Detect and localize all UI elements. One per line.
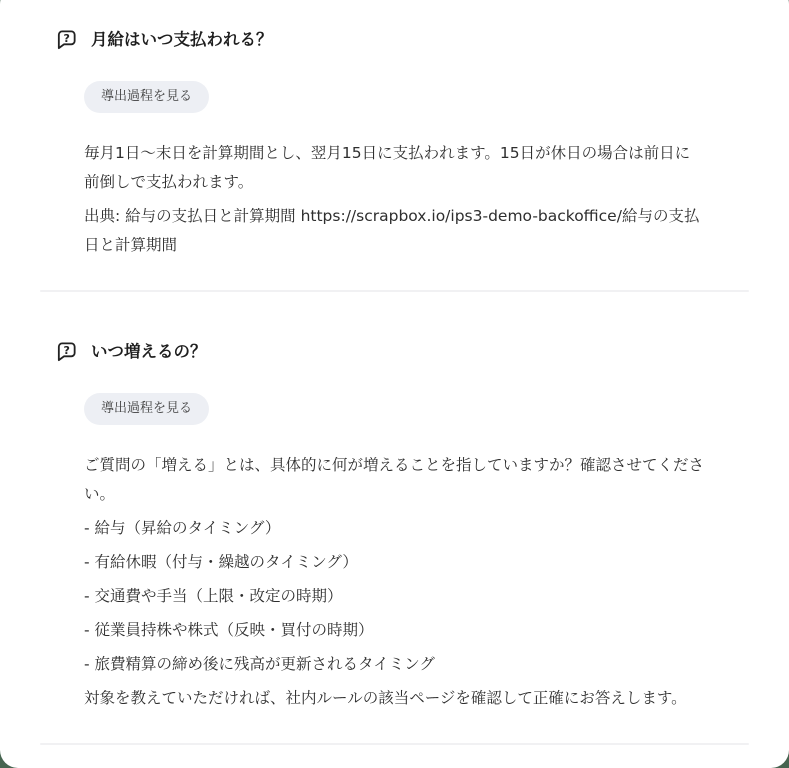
- answer-paragraph: - 有給休暇（付与・繰越のタイミング）: [84, 548, 705, 577]
- answer-paragraph: - 交通費や手当（上限・改定の時期）: [84, 582, 705, 611]
- answer-paragraph: - 給与（昇給のタイミング）: [84, 514, 705, 543]
- question-title: 月給はいつ支払われる？: [91, 28, 273, 51]
- answer-paragraph: - 旅費精算の締め後に残高が更新されるタイミング: [84, 650, 705, 679]
- answer-paragraph: ご質問の「増える」とは、具体的に何が増えることを指していますか？確認させてくださ…: [84, 451, 705, 509]
- question-bubble-icon: ?: [55, 340, 78, 363]
- question-row: ? いつ増えるの？: [55, 340, 749, 363]
- svg-text:?: ?: [63, 32, 69, 45]
- answer-paragraph: - 従業員持株や株式（反映・買付の時期）: [84, 616, 705, 645]
- section-divider: [40, 743, 749, 745]
- show-derivation-button[interactable]: 導出過程を見る: [84, 393, 209, 425]
- question-title: いつ増えるの？: [91, 340, 207, 363]
- question-row: ? 月給はいつ支払われる？: [55, 28, 749, 51]
- qa-item: ? いつ増えるの？ 導出過程を見る ご質問の「増える」とは、具体的に何が増えるこ…: [0, 292, 789, 745]
- answer-body: ご質問の「増える」とは、具体的に何が増えることを指していますか？確認させてくださ…: [84, 451, 705, 713]
- answer-paragraph: 出典: 給与の支払日と計算期間 https://scrapbox.io/ips3…: [84, 202, 705, 260]
- answer-body: 毎月1日〜末日を計算期間とし、翌月15日に支払われます。15日が休日の場合は前日…: [84, 139, 705, 260]
- qa-item: ? 月給はいつ支払われる？ 導出過程を見る 毎月1日〜末日を計算期間とし、翌月1…: [0, 28, 789, 292]
- show-derivation-button[interactable]: 導出過程を見る: [84, 81, 209, 113]
- question-bubble-icon: ?: [55, 28, 78, 51]
- answer-paragraph: 毎月1日〜末日を計算期間とし、翌月15日に支払われます。15日が休日の場合は前日…: [84, 139, 705, 197]
- qa-card: ? 月給はいつ支払われる？ 導出過程を見る 毎月1日〜末日を計算期間とし、翌月1…: [0, 0, 789, 768]
- qa-block: ? いつ増えるの？ 導出過程を見る ご質問の「増える」とは、具体的に何が増えるこ…: [0, 292, 789, 713]
- svg-text:?: ?: [63, 344, 69, 357]
- answer-paragraph: 対象を教えていただければ、社内ルールの該当ページを確認して正確にお答えします。: [84, 684, 705, 713]
- qa-block: ? 月給はいつ支払われる？ 導出過程を見る 毎月1日〜末日を計算期間とし、翌月1…: [0, 28, 789, 260]
- qa-list: ? 月給はいつ支払われる？ 導出過程を見る 毎月1日〜末日を計算期間とし、翌月1…: [0, 28, 789, 745]
